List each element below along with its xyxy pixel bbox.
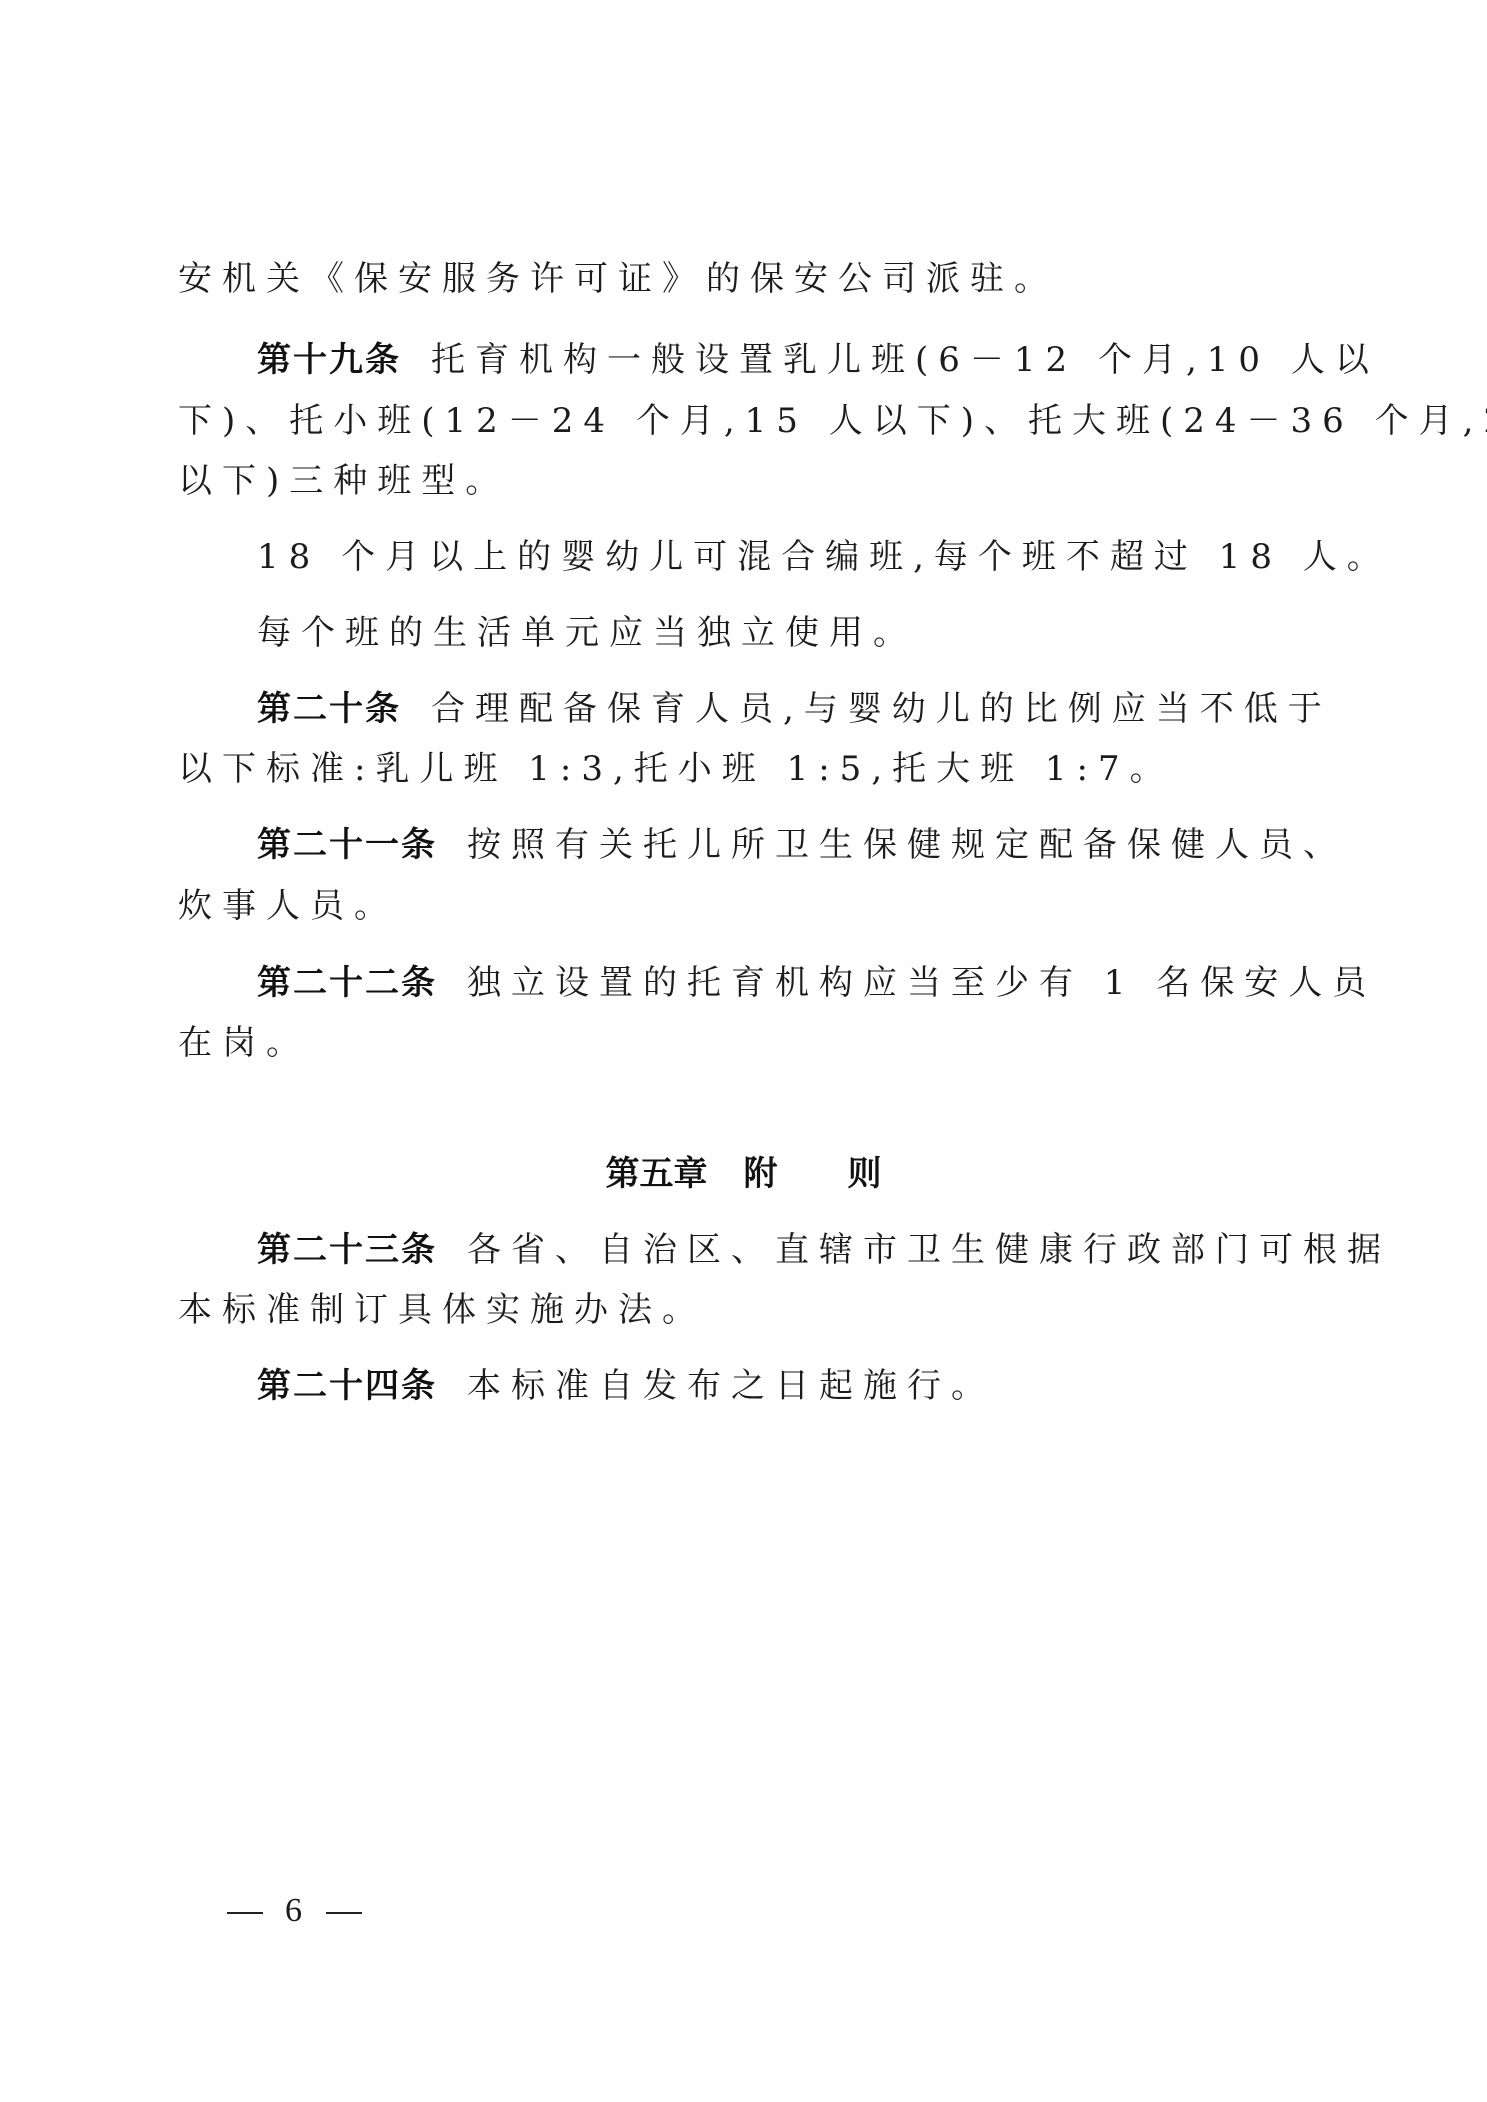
text: 下)、托小班(12－24 个月,15 人以下)、托大班(24－36 个月,20 … (178, 401, 1487, 441)
article-23: 第二十三条各省、自治区、直辖市卫生健康行政部门可根据 (257, 1228, 1357, 1272)
page-number-text: 6 (285, 1892, 304, 1929)
chapter-title: 则 (848, 1154, 882, 1194)
paragraph-line: 本标准制订具体实施办法。 (178, 1288, 1278, 1332)
article-heading: 第十九条 (257, 340, 401, 380)
chapter-title: 附 (744, 1154, 778, 1194)
chapter-number: 第五章 (606, 1154, 708, 1194)
article-heading: 第二十二条 (257, 963, 437, 1003)
article-heading: 第二十四条 (257, 1366, 437, 1406)
text: 各省、自治区、直辖市卫生健康行政部门可根据 (467, 1230, 1391, 1270)
document-page: 安机关《保安服务许可证》的保安公司派驻。 第十九条托育机构一般设置乳儿班(6－1… (0, 0, 1487, 2102)
text: 安机关《保安服务许可证》的保安公司派驻。 (178, 259, 1058, 299)
text: 在岗。 (178, 1023, 310, 1063)
chapter-heading: 第五章附则 (0, 1152, 1487, 1196)
dash-decoration (227, 1912, 263, 1914)
article-20: 第二十条合理配备保育人员,与婴幼儿的比例应当不低于 (257, 687, 1357, 731)
article-heading: 第二十三条 (257, 1230, 437, 1270)
paragraph-line: 在岗。 (178, 1021, 1278, 1065)
article-heading: 第二十一条 (257, 825, 437, 865)
article-19: 第十九条托育机构一般设置乳儿班(6－12 个月,10 人以 (257, 338, 1357, 382)
paragraph-line: 18 个月以上的婴幼儿可混合编班,每个班不超过 18 人。 (257, 535, 1357, 579)
dash-decoration (326, 1912, 362, 1914)
text: 以下标准:乳儿班 1:3,托小班 1:5,托大班 1:7。 (178, 749, 1174, 789)
article-heading: 第二十条 (257, 689, 401, 729)
text: 本标准自发布之日起施行。 (467, 1366, 995, 1406)
text: 以下)三种班型。 (178, 461, 509, 501)
article-22: 第二十二条独立设置的托育机构应当至少有 1 名保安人员 (257, 961, 1357, 1005)
article-21: 第二十一条按照有关托儿所卫生保健规定配备保健人员、 (257, 823, 1357, 867)
text: 按照有关托儿所卫生保健规定配备保健人员、 (467, 825, 1347, 865)
text: 每个班的生活单元应当独立使用。 (257, 613, 917, 653)
text: 托育机构一般设置乳儿班(6－12 个月,10 人以 (431, 340, 1379, 380)
paragraph-line: 每个班的生活单元应当独立使用。 (257, 611, 1357, 655)
text: 炊事人员。 (178, 886, 398, 926)
paragraph-line: 以下标准:乳儿班 1:3,托小班 1:5,托大班 1:7。 (178, 747, 1278, 791)
paragraph-line: 以下)三种班型。 (178, 459, 1278, 503)
page-number: 6 (205, 1892, 384, 1930)
paragraph-line: 下)、托小班(12－24 个月,15 人以下)、托大班(24－36 个月,20 … (178, 399, 1278, 443)
text: 本标准制订具体实施办法。 (178, 1290, 706, 1330)
text: 合理配备保育人员,与婴幼儿的比例应当不低于 (431, 689, 1332, 729)
text: 独立设置的托育机构应当至少有 1 名保安人员 (467, 963, 1376, 1003)
paragraph-line: 安机关《保安服务许可证》的保安公司派驻。 (178, 257, 1278, 301)
text: 18 个月以上的婴幼儿可混合编班,每个班不超过 18 人。 (257, 537, 1391, 577)
article-24: 第二十四条本标准自发布之日起施行。 (257, 1364, 1357, 1408)
paragraph-line: 炊事人员。 (178, 884, 1278, 928)
